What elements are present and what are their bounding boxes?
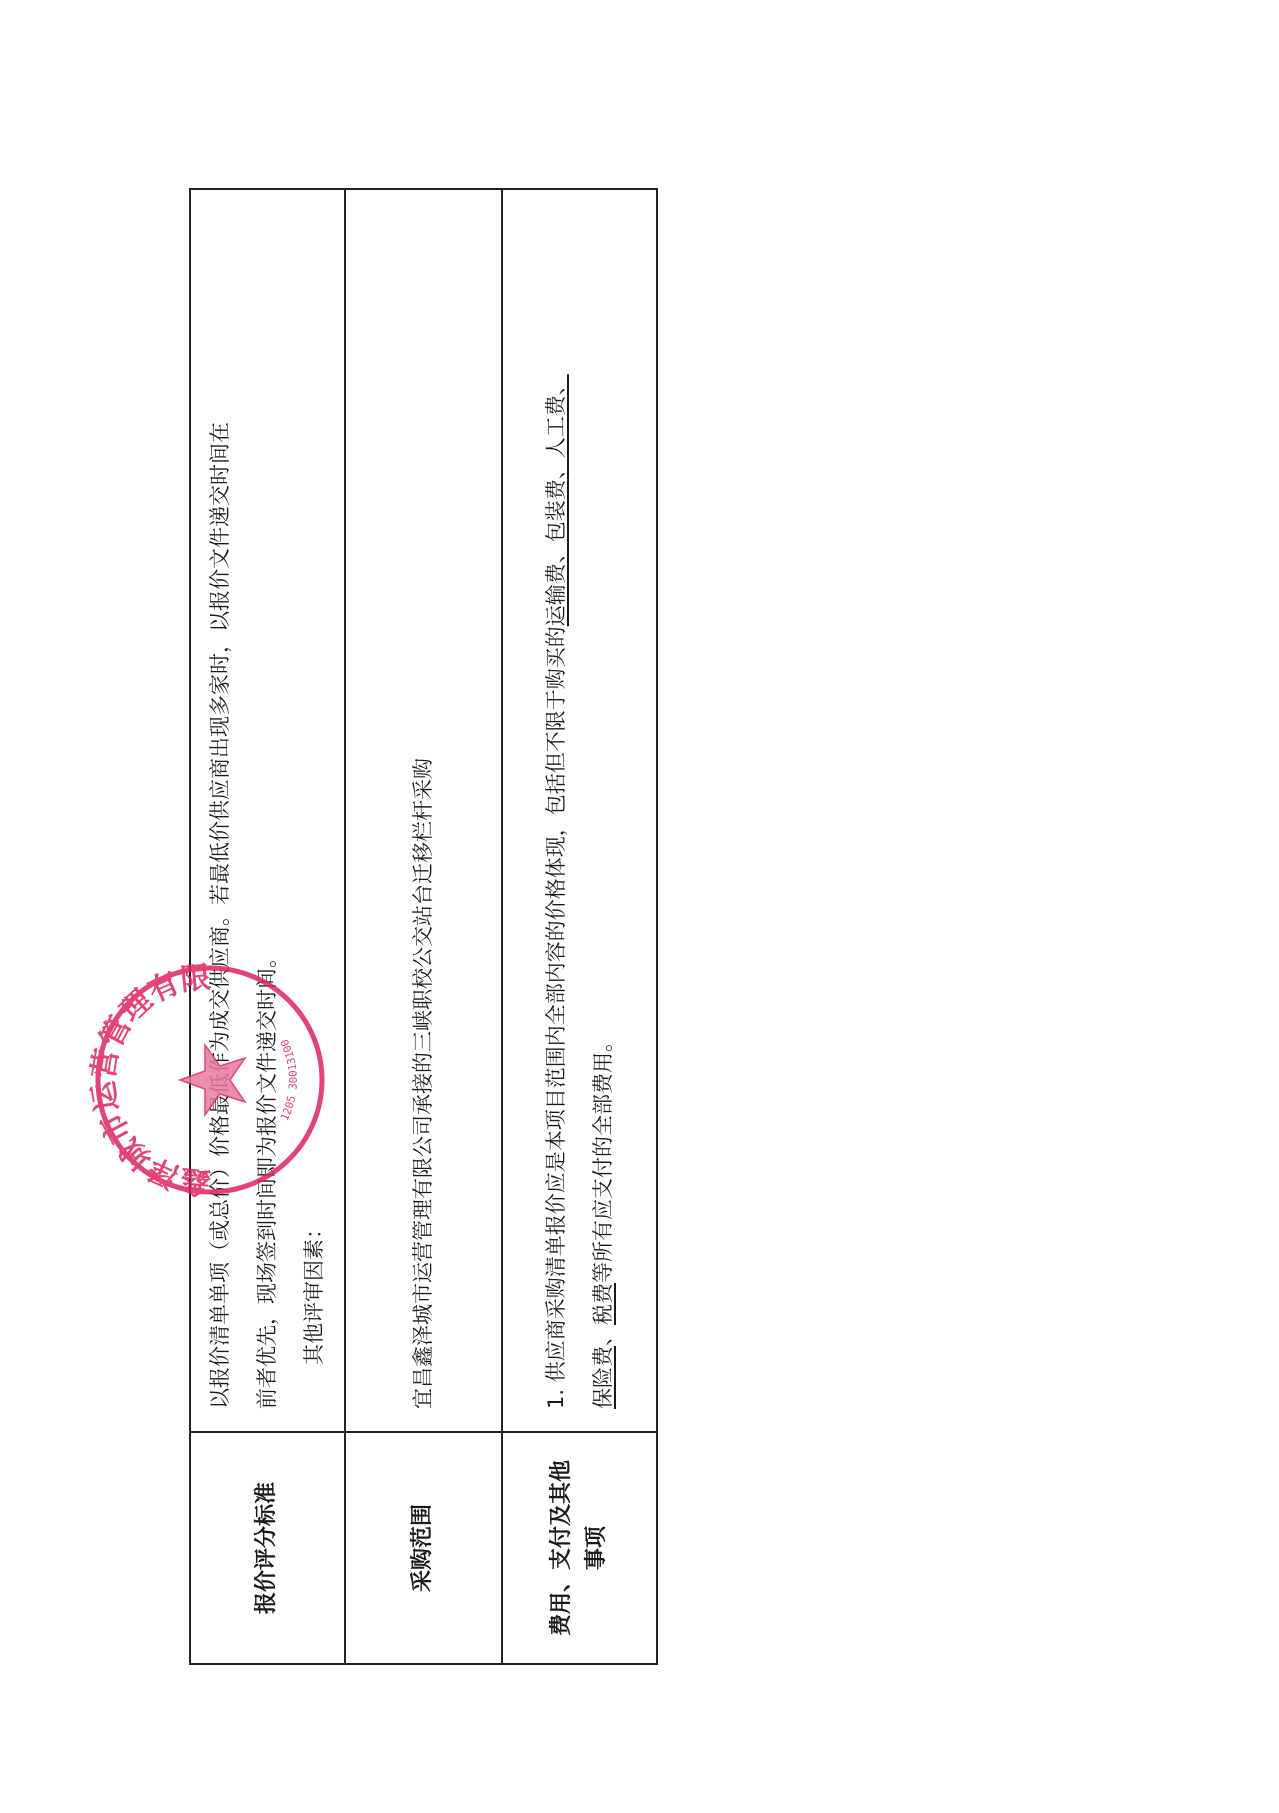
table-row: 报价评分标准 以报价清单单项（或总价）价格最低作为成交供应商。若最低价供应商出现… (190, 189, 345, 1664)
procurement-terms-table: 报价评分标准 以报价清单单项（或总价）价格最低作为成交供应商。若最低价供应商出现… (189, 188, 658, 1665)
row-label-scoring-criteria: 报价评分标准 (190, 1432, 345, 1664)
row-content-fees-payment: 1. 供应商采购清单报价应是本项目范围内全部内容的价格体现，包括但不限于购买的运… (502, 189, 657, 1432)
underlined-term: 运输费 (544, 563, 568, 626)
row-label-procurement-scope: 采购范围 (345, 1432, 502, 1664)
table-row: 费用、支付及其他 事项 1. 供应商采购清单报价应是本项目范围内全部内容的价格体… (502, 189, 657, 1664)
separator: 、 (544, 374, 568, 395)
content-line: 以报价清单单项（或总价）价格最低作为成交供应商。若最低价供应商出现多家时，以报价… (197, 204, 244, 1409)
row-label-fees-payment: 费用、支付及其他 事项 (502, 1432, 657, 1664)
label-text: 报价评分标准 (254, 1482, 279, 1614)
underlined-term: 税费 (591, 1283, 615, 1325)
text-segment: 1. 供应商采购清单报价应是本项目范围内全部内容的价格体现，包括但不限于购买的 (544, 626, 568, 1409)
table-row: 采购范围 宜昌鑫泽城市运营管理有限公司承接的三峡职校公交站台迁移栏杆采购 (345, 189, 502, 1664)
underlined-term: 保险费 (591, 1346, 615, 1409)
label-text: 事项 (580, 1433, 614, 1663)
underlined-term: 包装费 (544, 479, 568, 542)
separator: 、 (544, 458, 568, 479)
label-text: 费用、支付及其他 (545, 1433, 579, 1663)
rotated-table-container: 报价评分标准 以报价清单单项（或总价）价格最低作为成交供应商。若最低价供应商出现… (189, 188, 650, 1665)
label-text: 采购范围 (410, 1504, 435, 1592)
text-segment: 等所有应支付的全部费用。 (591, 1031, 615, 1283)
separator: 、 (591, 1325, 615, 1346)
document-page: 报价评分标准 以报价清单单项（或总价）价格最低作为成交供应商。若最低价供应商出现… (0, 0, 1279, 1813)
content-line: 其他评审因素： (291, 204, 338, 1409)
content-line: 前者优先，现场签到时间即为报价文件递交时间。 (244, 204, 291, 1409)
row-content-procurement-scope: 宜昌鑫泽城市运营管理有限公司承接的三峡职校公交站台迁移栏杆采购 (345, 189, 502, 1432)
separator: 、 (544, 542, 568, 563)
scan-speck (557, 1558, 560, 1561)
content-line: 保险费、税费等所有应支付的全部费用。 (580, 204, 627, 1409)
underlined-term: 人工费 (544, 395, 568, 458)
row-content-scoring-criteria: 以报价清单单项（或总价）价格最低作为成交供应商。若最低价供应商出现多家时，以报价… (190, 189, 345, 1432)
content-line: 宜昌鑫泽城市运营管理有限公司承接的三峡职校公交站台迁移栏杆采购 (400, 204, 447, 1409)
content-line: 1. 供应商采购清单报价应是本项目范围内全部内容的价格体现，包括但不限于购买的运… (533, 204, 580, 1409)
